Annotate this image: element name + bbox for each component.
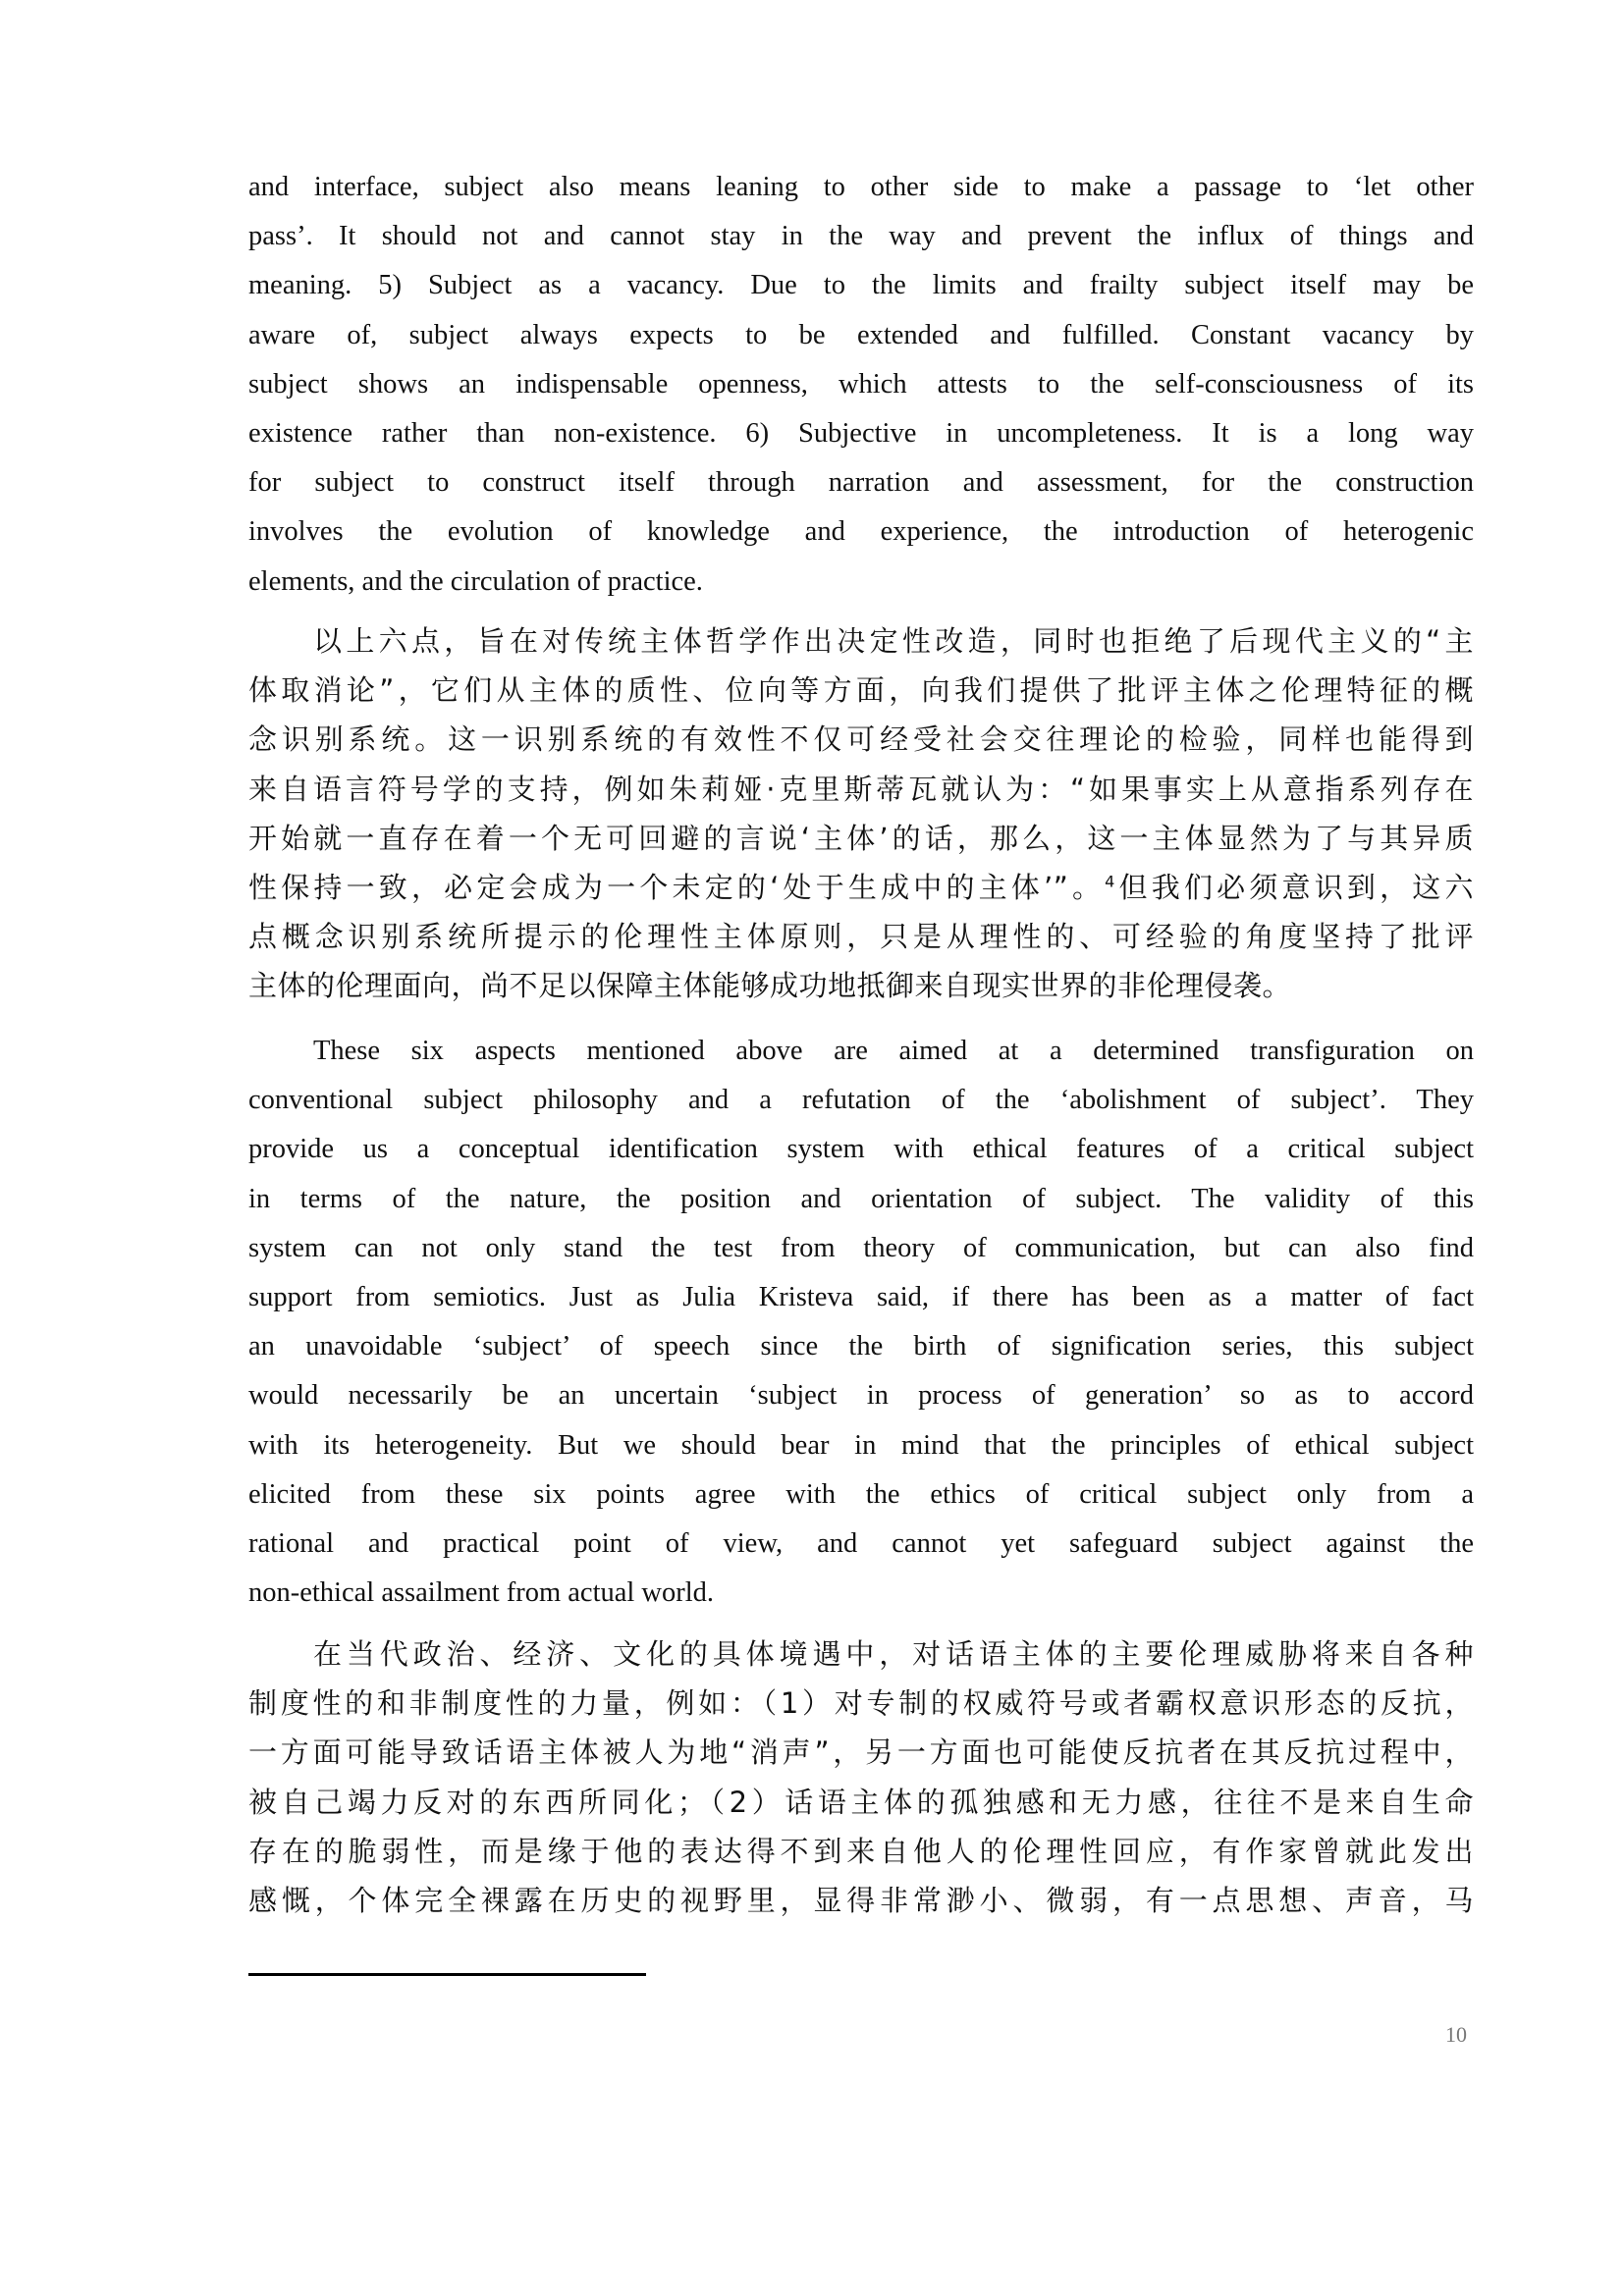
- text-line: provide us a conceptual identification s…: [248, 1125, 1474, 1174]
- text-line: in terms of the nature, the position and…: [248, 1175, 1474, 1224]
- text-line: elicited from these six points agree wit…: [248, 1470, 1474, 1520]
- paragraph-en-2: These six aspects mentioned above are ai…: [248, 1027, 1474, 1618]
- document-page: and interface, subject also means leanin…: [0, 0, 1624, 2296]
- text-line: rational and practical point of view, an…: [248, 1520, 1474, 1569]
- paragraph-zh-1: 以上六点，旨在对传统主体哲学作出决定性改造，同时也拒绝了后现代主义的“主 体取消…: [248, 616, 1474, 1011]
- text-line: 点概念识别系统所提示的伦理性主体原则，只是从理性的、可经验的角度坚持了批评: [248, 912, 1474, 961]
- text-line: and interface, subject also means leanin…: [248, 163, 1474, 212]
- text-line: aware of, subject always expects to be e…: [248, 311, 1474, 360]
- text-line: 性保持一致，必定会成为一个未定的‘处于生成中的主体’”。4但我们必须意识到，这六: [248, 863, 1474, 912]
- text-line: 被自己竭力反对的东西所同化；（2）话语主体的孤独感和无力感，往往不是来自生命: [248, 1778, 1474, 1827]
- paragraph-en-1: and interface, subject also means leanin…: [248, 163, 1474, 607]
- text-line: existence rather than non-existence. 6) …: [248, 409, 1474, 458]
- text-line: 主体的伦理面向，尚不足以保障主体能够成功地抵御来自现实世界的非伦理侵袭。: [248, 961, 1474, 1010]
- text-line: 一方面可能导致话语主体被人为地“消声”，另一方面也可能使反抗者在其反抗过程中，: [248, 1728, 1474, 1777]
- text-line: meaning. 5) Subject as a vacancy. Due to…: [248, 261, 1474, 310]
- text-line: 来自语言符号学的支持，例如朱莉娅·克里斯蒂瓦就认为：“如果事实上从意指系列存在: [248, 765, 1474, 814]
- text-line: elements, and the circulation of practic…: [248, 558, 1474, 607]
- text-line: 存在的脆弱性，而是缘于他的表达得不到来自他人的伦理性回应，有作家曾就此发出: [248, 1827, 1474, 1876]
- text-line: 体取消论”，它们从主体的质性、位向等方面，向我们提供了批评主体之伦理特征的概: [248, 666, 1474, 715]
- text-line: an unavoidable ‘subject’ of speech since…: [248, 1322, 1474, 1371]
- text-line: for subject to construct itself through …: [248, 458, 1474, 507]
- text-line: These six aspects mentioned above are ai…: [248, 1027, 1474, 1076]
- text-line: pass’. It should not and cannot stay in …: [248, 212, 1474, 261]
- text-line: non-ethical assailment from actual world…: [248, 1569, 1474, 1618]
- text-line: 念识别系统。这一识别系统的有效性不仅可经受社会交往理论的检验，同样也能得到: [248, 715, 1474, 764]
- text-line: with its heterogeneity. But we should be…: [248, 1421, 1474, 1470]
- footnote-ref[interactable]: 4: [1105, 872, 1115, 890]
- text-line: subject shows an indispensable openness,…: [248, 360, 1474, 409]
- text-line-tail: 但我们必须意识到，这六: [1115, 871, 1474, 904]
- text-line-head: 性保持一致，必定会成为一个未定的‘处于生成中的主体’”。: [248, 871, 1105, 904]
- text-line: support from semiotics. Just as Julia Kr…: [248, 1273, 1474, 1322]
- page-number: 10: [1445, 2022, 1467, 2048]
- text-line: 制度性的和非制度性的力量，例如：（1）对专制的权威符号或者霸权意识形态的反抗，: [248, 1679, 1474, 1728]
- text-line: conventional subject philosophy and a re…: [248, 1076, 1474, 1125]
- text-line: system can not only stand the test from …: [248, 1224, 1474, 1273]
- text-line: involves the evolution of knowledge and …: [248, 507, 1474, 557]
- text-line: 在当代政治、经济、文化的具体境遇中，对话语主体的主要伦理威胁将来自各种: [248, 1629, 1474, 1679]
- paragraph-zh-2: 在当代政治、经济、文化的具体境遇中，对话语主体的主要伦理威胁将来自各种 制度性的…: [248, 1629, 1474, 1925]
- text-line: would necessarily be an uncertain ‘subje…: [248, 1371, 1474, 1420]
- text-line: 开始就一直存在着一个无可回避的言说‘主体’的话，那么，这一主体显然为了与其异质: [248, 814, 1474, 863]
- text-line: 以上六点，旨在对传统主体哲学作出决定性改造，同时也拒绝了后现代主义的“主: [248, 616, 1474, 666]
- footnote-separator: [248, 1973, 646, 1976]
- text-line: 感慨，个体完全裸露在历史的视野里，显得非常渺小、微弱，有一点思想、声音，马: [248, 1876, 1474, 1925]
